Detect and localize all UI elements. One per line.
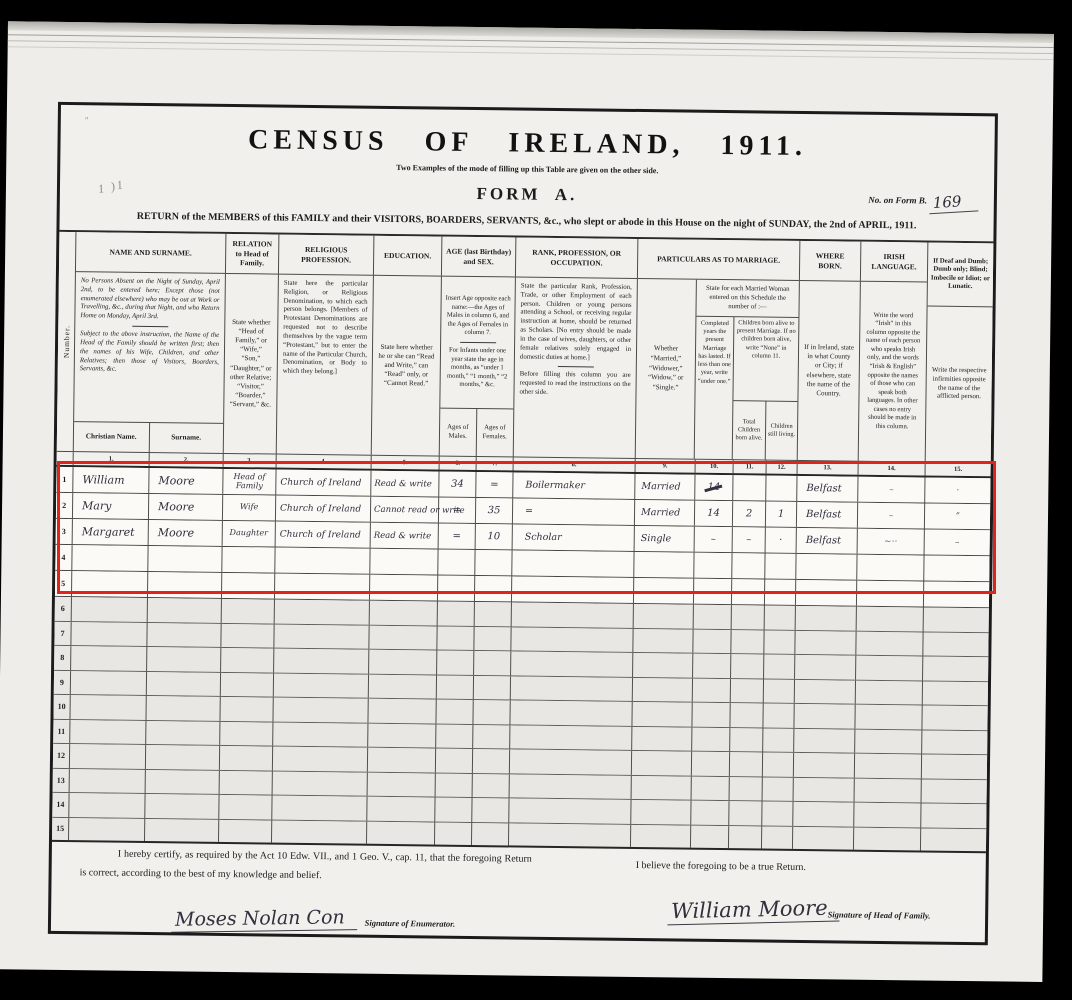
cell-born [794,753,855,777]
rank-instructions: State the particular Rank, Profession, T… [514,277,637,457]
cell-marriage [634,552,694,578]
cell-occupation [510,774,632,799]
cell-marriage [631,800,691,824]
cell-no: 3 [56,519,73,544]
cell-years [694,605,732,629]
cell-occupation: = [513,498,635,524]
cell-relation: Daughter [223,521,276,547]
cell-christian [72,571,148,597]
cell-infirmity [922,754,987,778]
cell-infirmity [923,632,988,656]
cell-age-m [438,576,475,601]
cell-age-f [473,700,510,724]
cell-age-m [436,749,473,773]
cell-education [370,549,438,575]
cell-children-living: 1 [766,502,797,527]
cell-years [694,579,732,604]
cell-relation [220,721,273,745]
column-relation: RELATION to Head of Family. State whethe… [224,234,280,454]
cell-marriage [632,775,692,799]
subheader-ages-females: Ages of Females. [476,409,513,456]
cell-christian [72,545,148,571]
cell-years [693,629,731,653]
cell-irish [856,631,923,655]
subheader-surname: Surname. [149,423,223,453]
cell-relation [220,770,273,794]
cell-education: Cannot read or write [371,497,439,523]
cell-occupation: Scholar [513,524,635,550]
cell-age-m [436,700,473,724]
cell-relation [220,697,273,721]
cell-children-living [763,753,794,777]
cell-age-f [472,798,509,822]
cell-religion [273,722,368,747]
cell-religion [273,771,368,796]
cell-surname [146,745,220,769]
form-a-label: FORM A. [60,179,994,210]
cell-surname: Moore [149,468,223,494]
cell-children-born [730,777,763,801]
cell-occupation [510,700,632,725]
cell-christian [71,646,147,670]
column-number-label: 8. [514,457,636,471]
column-irish-language: IRISH LANGUAGE. Write the word “Irish” i… [859,242,929,462]
cell-born [795,655,856,679]
cell-children-born [731,630,764,654]
column-rank-occupation: RANK, PROFESSION, OR OCCUPATION. State t… [514,237,639,457]
cell-infirmity: · [925,478,990,504]
cell-relation [222,573,275,599]
cell-infirmity [923,681,988,705]
cell-infirmity [924,582,989,608]
cell-infirmity [922,730,987,754]
cell-age-f [473,725,510,749]
certification-area: I hereby certify, as required by the Act… [51,837,986,942]
subheader-christian-name: Christian Name. [74,422,150,452]
cell-age-f [473,749,510,773]
cell-age-m [436,773,473,797]
column-number-label: 6. [440,457,477,470]
subheader-married-woman: State for each Married Woman entered on … [696,280,798,318]
cell-christian: Mary [73,493,149,519]
cell-age-f [475,550,512,575]
cell-infirmity: ˮ [925,504,990,530]
cell-born [794,777,855,801]
cell-children-living [763,777,794,801]
cell-relation: Wife [223,495,276,521]
cell-age-f: = [476,472,513,497]
cell-no: 8 [54,646,71,670]
cell-marriage: Married [635,500,695,526]
cell-irish [855,754,922,778]
cell-children-living [766,476,797,501]
cell-born [796,606,857,630]
cell-infirmity [924,608,989,632]
cell-occupation: Boilermaker [513,472,635,498]
cell-relation [221,623,274,647]
cell-occupation [511,627,633,652]
cell-religion [275,548,370,574]
return-statement: RETURN of the MEMBERS of this FAMILY and… [60,210,994,232]
cell-children-living [764,630,795,654]
subheader-whether-married: Whether “Married,” “Widower,” “Widow,” o… [636,279,697,459]
cell-education [368,699,436,723]
age-instructions: Insert Age opposite each name:—the Ages … [440,277,515,409]
cell-surname [148,572,222,598]
cell-occupation [512,602,634,627]
head-signature-label: Signature of Head of Family. [828,909,931,920]
column-number-label: 12. [767,461,798,474]
cell-irish [857,581,924,607]
cell-education [368,772,436,796]
census-form-paper: ″ 1 )1 CENSUS OF IRELAND, 1911. Two Exam… [0,21,1054,982]
cell-relation: Head of Family [223,469,276,495]
cell-occupation [510,725,632,750]
stacked-page-edge [8,46,1054,60]
cell-age-m [437,651,474,675]
cell-children-living [763,728,794,752]
column-number-label: 13. [798,461,859,475]
divider [557,366,593,367]
cell-no: 5 [55,571,72,596]
cell-christian: William [73,467,149,493]
cell-age-m [437,626,474,650]
cell-no: 11 [53,719,70,743]
cell-relation [222,599,275,623]
column-age-sex: AGE (last Birthday) and SEX. Insert Age … [440,237,517,457]
column-number-label: 10. [696,460,734,473]
cell-no: 7 [54,621,71,645]
cell-years: 14 [695,501,733,526]
census-table: Number. NAME AND SURNAME. No Persons Abs… [52,230,993,853]
cell-irish [855,729,922,753]
cell-children-born: 2 [733,501,766,526]
cell-infirmity [923,656,988,680]
cell-religion [275,600,370,625]
subheader-children-living: Children still living. [766,402,798,460]
subheader-children-born: Children born alive to present Marriage.… [733,317,798,402]
cell-religion [273,698,368,723]
cell-occupation [511,651,633,676]
form-frame: ″ 1 )1 CENSUS OF IRELAND, 1911. Two Exam… [48,102,998,945]
column-education: EDUCATION. State here whether he or she … [372,236,443,456]
cell-children-living [765,606,796,630]
cell-years [692,776,730,800]
cell-education [368,748,436,772]
cell-children-born [730,752,763,776]
cell-irish [855,705,922,729]
cell-christian: Margaret [73,519,149,545]
cell-christian [69,793,145,817]
cell-marriage: Single [635,526,695,552]
cell-age-f [475,602,512,626]
cell-christian [70,769,146,793]
cell-no: 6 [55,597,72,621]
enumerator-signature: Moses Nolan Con [171,906,357,933]
cell-religion [272,796,367,821]
cell-children-born [733,475,766,500]
cell-education [370,601,438,625]
cell-occupation [510,749,632,774]
cell-surname [147,647,221,671]
cell-no: 1 [56,467,73,492]
cell-age-f [475,576,512,601]
column-number-label: 2. [150,453,224,467]
cell-religion [274,649,369,674]
column-number-label: 4. [277,455,372,469]
cell-marriage [633,677,693,701]
cell-occupation [509,798,631,823]
cell-children-living [764,655,795,679]
struck-out-entry: 14 [707,482,720,493]
subheader-completed-years: Completed years the present Marriage has… [695,316,735,459]
cell-marriage [632,702,692,726]
cell-no: 13 [53,768,70,792]
cell-relation [221,648,274,672]
table-header: Number. NAME AND SURNAME. No Persons Abs… [57,232,994,462]
cell-marriage [632,751,692,775]
cell-children-born [729,801,762,825]
cell-surname: Moore [149,494,223,520]
cell-age-m [436,724,473,748]
column-number-label: 7. [477,457,514,470]
cell-age-m: 34 [439,472,476,497]
cell-marriage: Married [635,474,695,500]
cell-children-born [732,553,765,578]
cell-surname: Moore [149,520,223,546]
cell-occupation [511,676,633,701]
cell-years [692,752,730,776]
column-number-label: 5. [372,456,440,470]
cell-education [368,723,436,747]
cell-born [796,554,857,580]
column-number-label: 1. [74,452,150,466]
certify-text: I hereby certify, as required by the Act… [79,845,531,888]
cell-infirmity: – [925,530,990,556]
cell-born: Belfast [797,476,858,502]
cell-surname [146,696,220,720]
cell-occupation [512,550,634,576]
divider [460,342,496,343]
cell-children-born: – [733,527,766,552]
column-marriage: PARTICULARS AS TO MARRIAGE. Whether “Mar… [636,239,801,460]
cell-marriage [633,628,693,652]
enumerator-signature-label: Signature of Enumerator. [365,918,456,929]
cell-years: 14 [695,475,733,500]
cell-infirmity [922,779,987,803]
cell-no: 9 [54,670,71,694]
believe-text: I believe the foregoing to be a true Ret… [636,860,806,873]
cell-children-born [731,679,764,703]
cell-no: 14 [52,793,69,817]
cell-irish: ∼·· [858,529,925,555]
cell-infirmity [921,803,986,827]
cell-religion [273,747,368,772]
subheader-ages-males: Ages of Males. [440,409,477,456]
cell-education: Read & write [371,471,439,497]
column-number-label: 3. [224,454,277,468]
form-b-number-handwritten: 169 [929,191,979,214]
cell-no: 2 [56,493,73,518]
cell-irish [855,778,922,802]
cell-age-f [474,676,511,700]
cell-education [369,650,437,674]
cell-surname [147,623,221,647]
cell-infirmity [924,556,989,582]
cell-irish: – [858,503,925,529]
cell-irish: – [858,477,925,503]
cell-relation [220,746,273,770]
cell-irish [854,803,921,827]
cell-relation [222,547,275,573]
cell-marriage [634,604,694,628]
cell-education [370,575,438,601]
cell-christian [70,695,146,719]
cell-age-m [438,602,475,626]
divider [132,326,168,327]
cell-no: 12 [53,744,70,768]
cell-years [693,678,731,702]
cell-religion: Church of Ireland [276,522,371,548]
cell-age-f [473,774,510,798]
cell-religion: Church of Ireland [276,496,371,522]
cell-infirmity [922,705,987,729]
cell-children-living [764,679,795,703]
cell-children-born [730,703,763,727]
cell-marriage [632,726,692,750]
cell-years [692,703,730,727]
cell-children-born [732,579,765,604]
cell-age-m [438,550,475,575]
cell-born [793,802,854,826]
table-body: 1WilliamMooreHead of FamilyChurch of Ire… [52,467,991,853]
cell-born: Belfast [797,528,858,554]
cell-christian [71,622,147,646]
column-number-label: 14. [859,462,926,476]
cell-born [795,630,856,654]
cell-age-m: = [439,524,476,549]
cell-education [369,674,437,698]
cell-children-living [765,554,796,579]
cell-irish [857,555,924,581]
screenshot-root: { "page": {"background": "#000000", "pap… [0,0,1072,1000]
cell-children-living [763,704,794,728]
cell-no: 4 [55,545,72,570]
cell-children-living: · [766,528,797,553]
cell-education [369,625,437,649]
cell-relation [221,672,274,696]
cell-marriage [634,578,694,604]
name-instructions: No Persons Absent on the Night of Sunday… [74,272,225,423]
cell-education [367,797,435,821]
cell-born [794,704,855,728]
column-infirmity: If Deaf and Dumb; Dumb only; Blind; Imbe… [926,243,994,463]
column-where-born: WHERE BORN. If in Ireland, state in what… [798,241,862,461]
cell-age-f [474,651,511,675]
subheader-total-children: Total Children born alive. [733,401,767,459]
cell-surname [148,598,222,622]
column-name-surname: NAME AND SURNAME. No Persons Absent on t… [74,232,227,453]
cell-religion: Church of Ireland [276,470,371,496]
cell-years [693,654,731,678]
cell-religion [275,574,370,600]
title-block: CENSUS OF IRELAND, 1911. Two Examples of… [59,105,994,241]
cell-children-born [731,654,764,678]
cell-no: 10 [53,695,70,719]
cell-age-m [437,675,474,699]
cell-years: – [695,527,733,552]
cell-surname [147,672,221,696]
cell-years [692,727,730,751]
cell-christian [71,671,147,695]
form-b-label: No. on Form B. 169 [868,192,978,213]
cell-marriage [633,653,693,677]
cell-age-f: 10 [476,524,513,549]
column-number-label: 9. [636,459,696,473]
cell-irish [856,680,923,704]
column-number-label: 15. [926,463,991,477]
cell-religion [274,673,369,698]
cell-surname [145,794,219,818]
cell-age-f [474,627,511,651]
cell-surname [146,770,220,794]
column-number-spacer [57,452,74,465]
cell-surname [148,546,222,572]
cell-christian [70,720,146,744]
cell-irish [856,656,923,680]
page-title: CENSUS OF IRELAND, 1911. [60,105,995,165]
cell-years [691,801,729,825]
cell-born [794,728,855,752]
cell-age-m [435,798,472,822]
cell-children-born [730,728,763,752]
column-number-label: 11. [734,460,767,473]
column-religion: RELIGIOUS PROFESSION. State here the par… [277,235,375,455]
cell-religion [274,624,369,649]
cell-children-living [762,802,793,826]
cell-relation [219,795,272,819]
cell-years [694,553,732,578]
cell-age-f: 35 [476,498,513,523]
cell-born [795,679,856,703]
cell-christian [70,744,146,768]
cell-surname [146,721,220,745]
cell-born [796,580,857,606]
cell-born: Belfast [797,502,858,528]
cell-children-living [765,580,796,605]
cell-christian [72,597,148,621]
cell-occupation [512,576,634,602]
cell-irish [857,607,924,631]
cell-education: Read & write [371,523,439,549]
cell-age-m: = [439,498,476,523]
head-of-family-signature: William Moore [667,895,840,925]
cell-children-born [732,605,765,629]
